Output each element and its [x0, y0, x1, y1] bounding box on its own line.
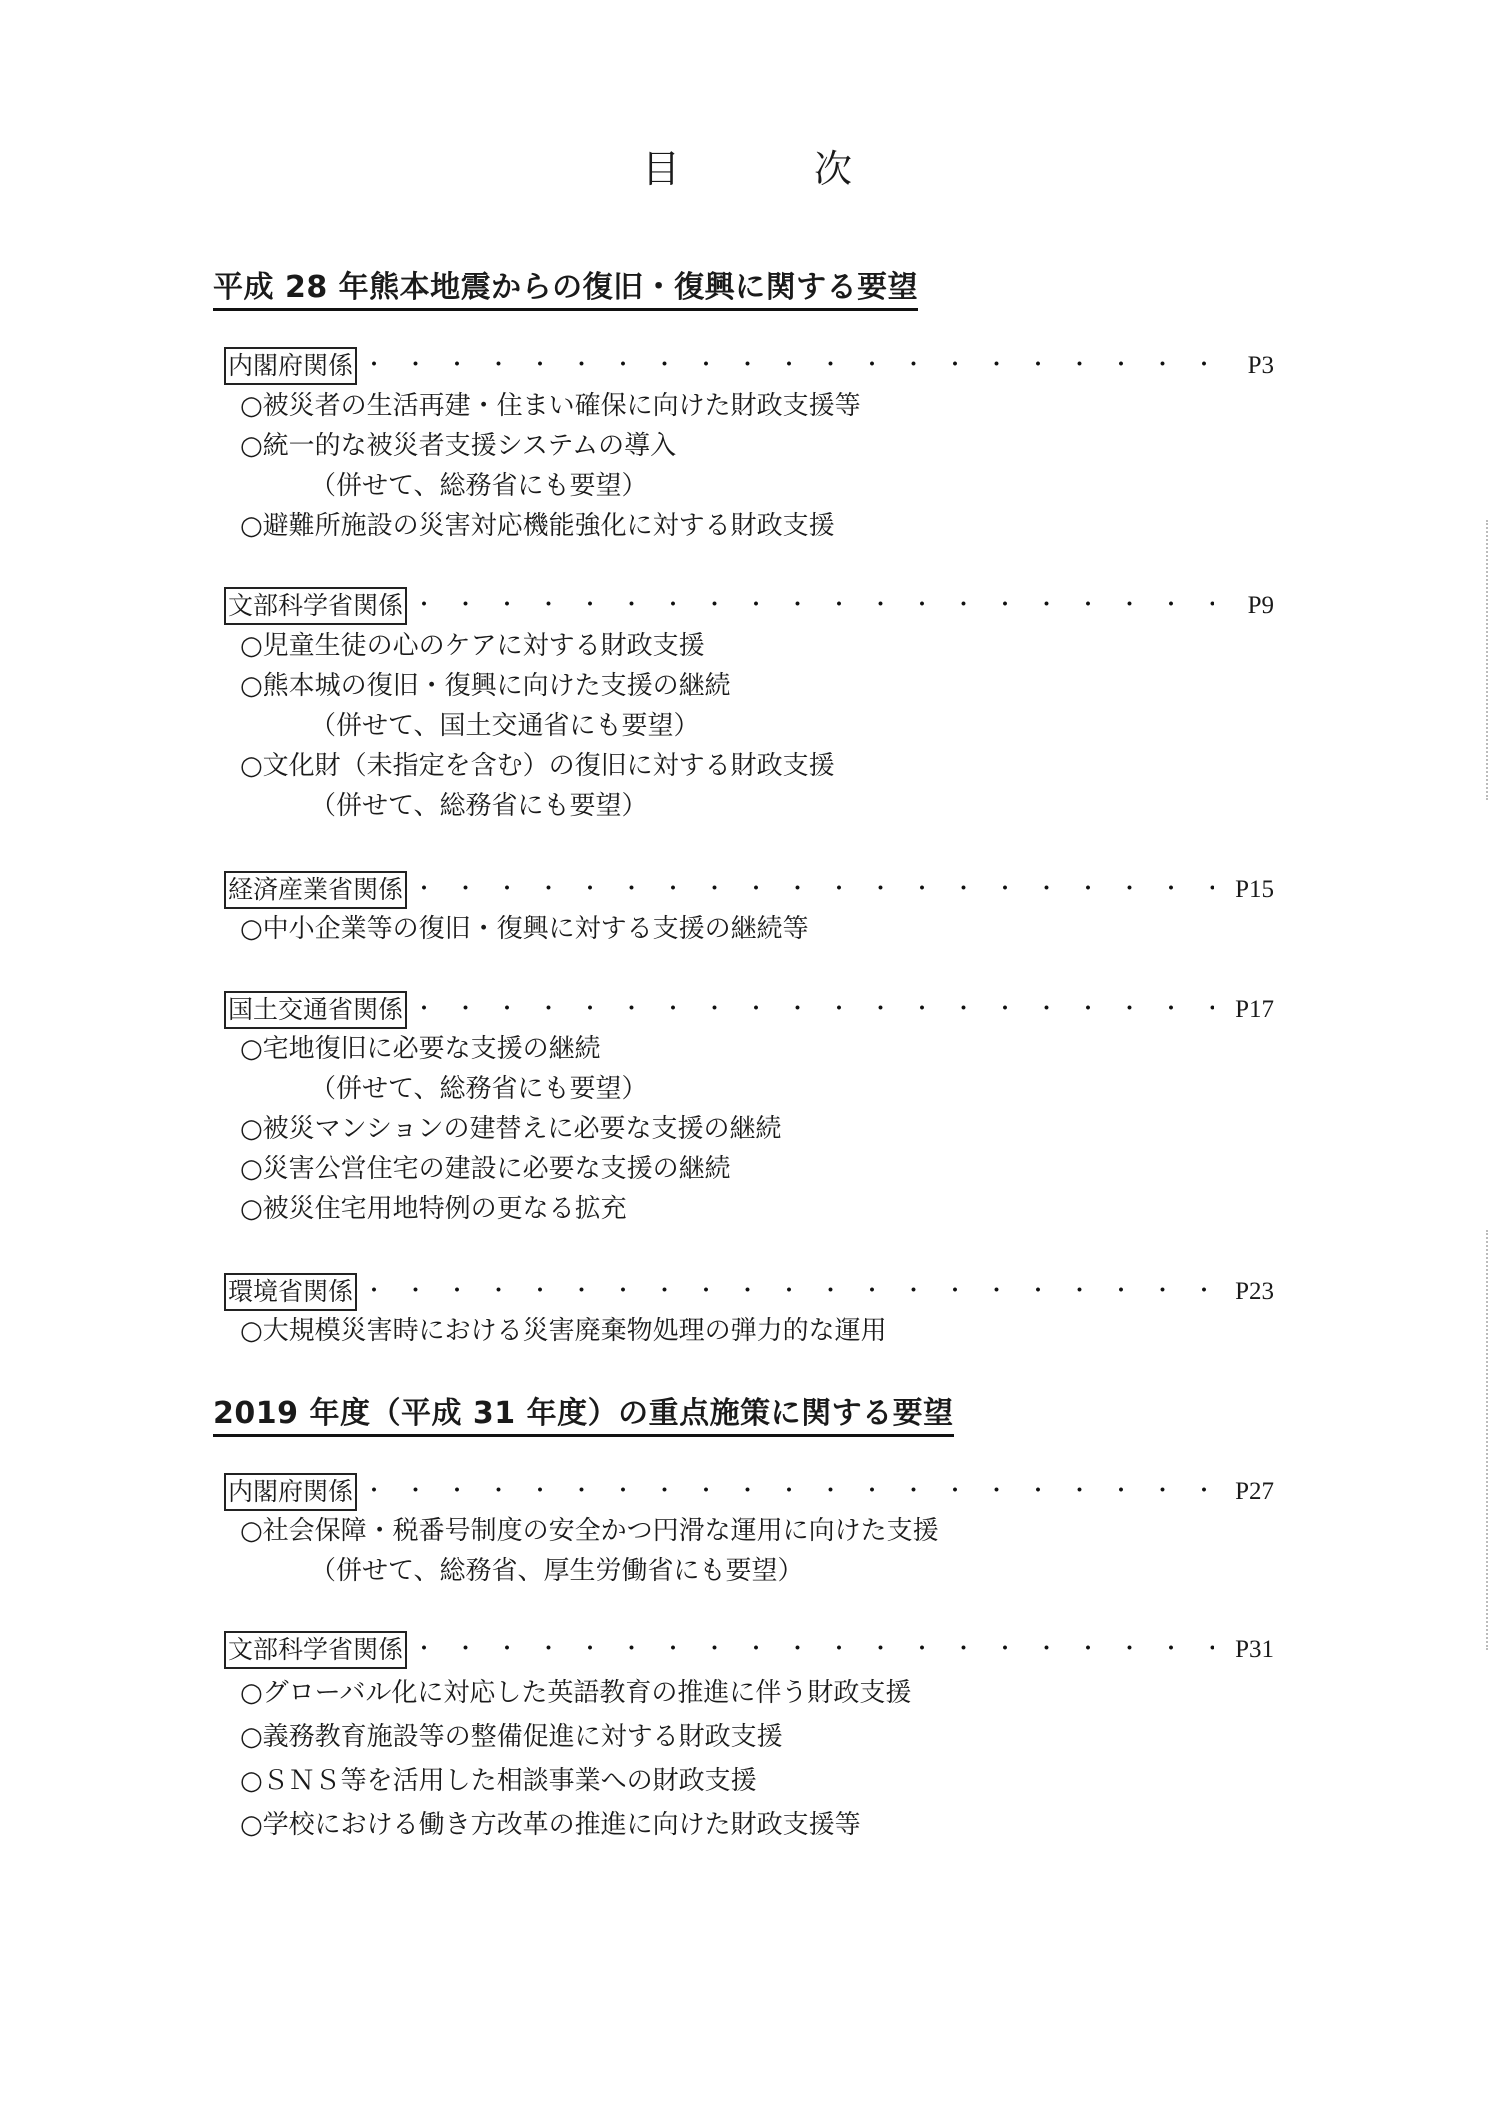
page-number[interactable]: P31	[1214, 1636, 1274, 1664]
leader-dots: ・・・・・・・・・・・・・・・・・・・・・・・・・・・・・・・・・・・・・・・・	[413, 873, 1214, 907]
category-label: 国土交通省関係	[224, 991, 407, 1029]
section-heading-kumamoto-earthquake: 平成 28 年熊本地震からの復旧・復興に関する要望	[213, 262, 918, 311]
list-item: ○ＳＮＳ等を活用した相談事業への財政支援	[240, 1764, 757, 1798]
page-number[interactable]: P3	[1214, 352, 1274, 380]
list-item: ○文化財（未指定を含む）の復旧に対する財政支援	[240, 749, 835, 783]
leader-dots: ・・・・・・・・・・・・・・・・・・・・・・・・・・・・・・・・・・・・・・・・	[363, 1275, 1214, 1309]
page-title: 目 次	[0, 138, 1494, 193]
list-item: ○避難所施設の災害対応機能強化に対する財政支援	[240, 509, 835, 543]
list-item: ○児童生徒の心のケアに対する財政支援	[240, 629, 705, 663]
category-label: 文部科学省関係	[224, 587, 407, 625]
page-number[interactable]: P27	[1214, 1478, 1274, 1506]
category-label: 環境省関係	[224, 1273, 357, 1311]
list-item: ○被災マンションの建替えに必要な支援の継続	[240, 1112, 782, 1146]
leader-dots: ・・・・・・・・・・・・・・・・・・・・・・・・・・・・・・・・・・・・・・・・	[363, 349, 1214, 383]
category-label: 内閣府関係	[224, 1473, 357, 1511]
list-item: ○災害公営住宅の建設に必要な支援の継続	[240, 1152, 731, 1186]
list-item-note: （併せて、総務省、厚生労働省にも要望）	[310, 1554, 803, 1588]
list-item: ○統一的な被災者支援システムの導入	[240, 429, 676, 463]
category-label: 経済産業省関係	[224, 871, 407, 909]
list-item: ○社会保障・税番号制度の安全かつ円滑な運用に向けた支援	[240, 1514, 939, 1548]
page-number[interactable]: P15	[1214, 876, 1274, 904]
list-item: ○被災住宅用地特例の更なる拡充	[240, 1192, 627, 1226]
list-item: ○義務教育施設等の整備促進に対する財政支援	[240, 1720, 783, 1754]
page-number[interactable]: P17	[1214, 996, 1274, 1024]
list-item: ○学校における働き方改革の推進に向けた財政支援等	[240, 1808, 861, 1842]
category-label: 内閣府関係	[224, 347, 357, 385]
list-item: ○宅地復旧に必要な支援の継続	[240, 1032, 601, 1066]
list-item: ○大規模災害時における災害廃棄物処理の弾力的な運用	[240, 1314, 887, 1348]
leader-dots: ・・・・・・・・・・・・・・・・・・・・・・・・・・・・・・・・・・・・・・・・	[413, 589, 1214, 623]
leader-dots: ・・・・・・・・・・・・・・・・・・・・・・・・・・・・・・・・・・・・・・・・	[363, 1475, 1214, 1509]
list-item-note: （併せて、総務省にも要望）	[310, 469, 647, 503]
scan-artifact	[1486, 1230, 1490, 1650]
leader-dots: ・・・・・・・・・・・・・・・・・・・・・・・・・・・・・・・・・・・・・・・・	[413, 993, 1214, 1027]
toc-entry-meti[interactable]: 経済産業省関係 ・・・・・・・・・・・・・・・・・・・・・・・・・・・・・・・・…	[224, 870, 1274, 910]
list-item-note: （併せて、総務省にも要望）	[310, 789, 647, 823]
leader-dots: ・・・・・・・・・・・・・・・・・・・・・・・・・・・・・・・・・・・・・・・・	[413, 1633, 1214, 1667]
toc-entry-mlit[interactable]: 国土交通省関係 ・・・・・・・・・・・・・・・・・・・・・・・・・・・・・・・・…	[224, 990, 1274, 1030]
toc-entry-mext[interactable]: 文部科学省関係 ・・・・・・・・・・・・・・・・・・・・・・・・・・・・・・・・…	[224, 586, 1274, 626]
toc-entry-mext-2019[interactable]: 文部科学省関係 ・・・・・・・・・・・・・・・・・・・・・・・・・・・・・・・・…	[224, 1630, 1274, 1670]
scan-artifact	[1486, 520, 1490, 800]
toc-entry-cabinet-office-2019[interactable]: 内閣府関係 ・・・・・・・・・・・・・・・・・・・・・・・・・・・・・・・・・・…	[224, 1472, 1274, 1512]
list-item-note: （併せて、総務省にも要望）	[310, 1072, 647, 1106]
list-item: ○中小企業等の復旧・復興に対する支援の継続等	[240, 912, 809, 946]
toc-entry-cabinet-office[interactable]: 内閣府関係 ・・・・・・・・・・・・・・・・・・・・・・・・・・・・・・・・・・…	[224, 346, 1274, 386]
list-item: ○グローバル化に対応した英語教育の推進に伴う財政支援	[240, 1676, 911, 1710]
page-number[interactable]: P9	[1214, 592, 1274, 620]
category-label: 文部科学省関係	[224, 1631, 407, 1669]
list-item: ○被災者の生活再建・住まい確保に向けた財政支援等	[240, 389, 861, 423]
page-number[interactable]: P23	[1214, 1278, 1274, 1306]
list-item-note: （併せて、国土交通省にも要望）	[310, 709, 699, 743]
list-item: ○熊本城の復旧・復興に向けた支援の継続	[240, 669, 731, 703]
section-heading-fy2019-priorities: 2019 年度（平成 31 年度）の重点施策に関する要望	[213, 1388, 954, 1437]
toc-entry-env[interactable]: 環境省関係 ・・・・・・・・・・・・・・・・・・・・・・・・・・・・・・・・・・…	[224, 1272, 1274, 1312]
